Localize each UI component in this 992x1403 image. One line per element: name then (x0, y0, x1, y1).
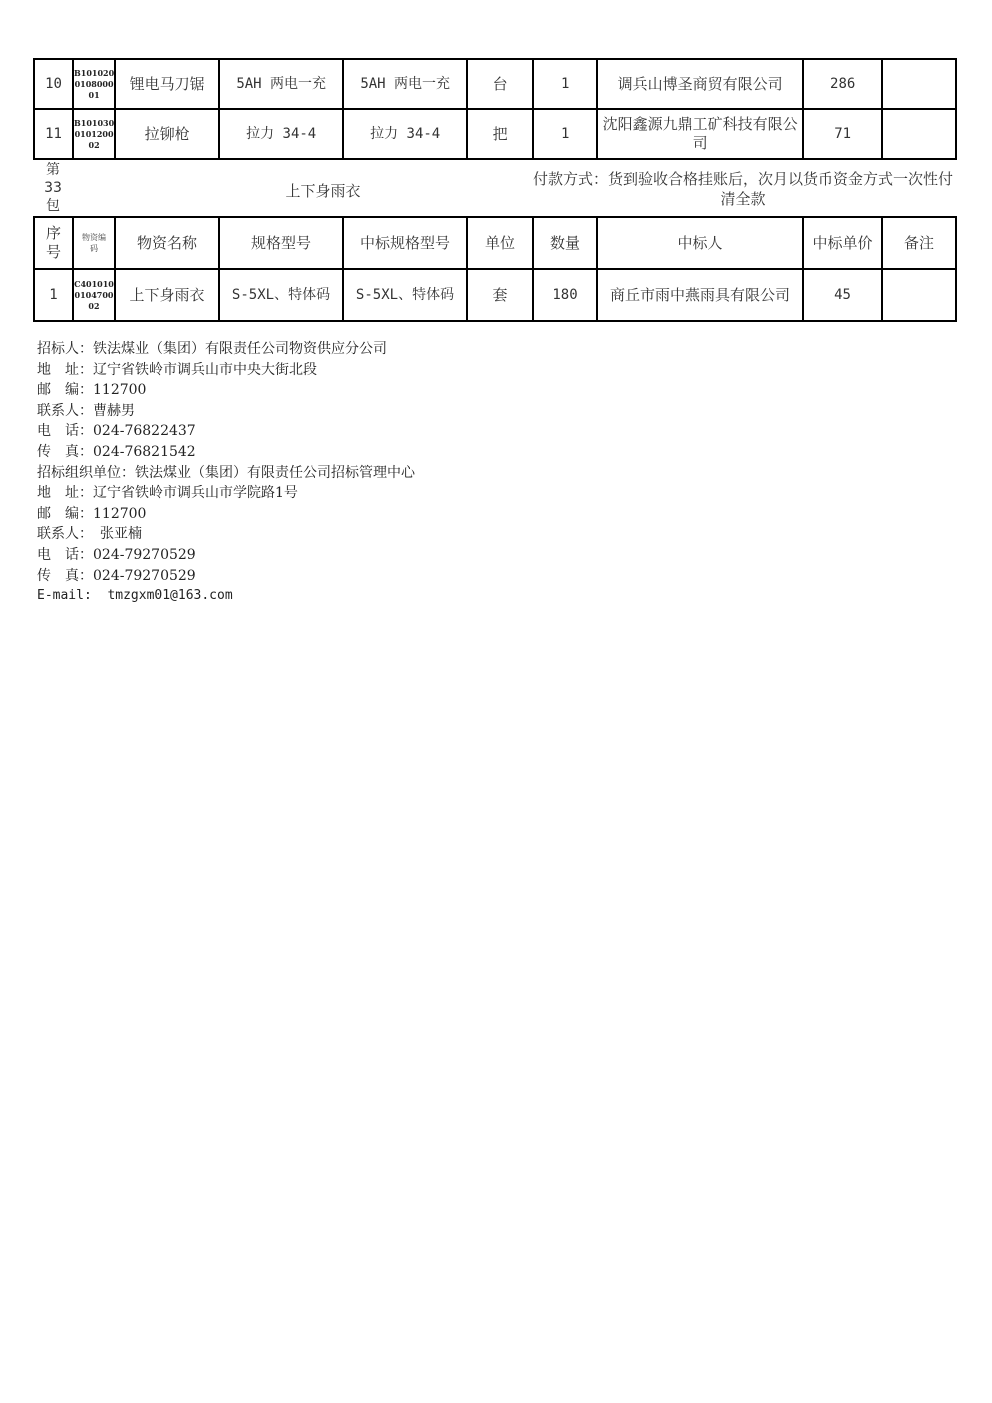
cell-winner: 商丘市雨中燕雨具有限公司 (597, 269, 803, 321)
award-table-previous-package: 10 B101020010800001 锂电马刀锯 5AH 两电一充 5AH 两… (33, 58, 957, 160)
table-row: 1 C401010010470002 上下身雨衣 S-5XL、特体码 S-5XL… (34, 269, 956, 321)
cell-seq: 10 (34, 59, 73, 109)
cell-material-name: 上下身雨衣 (115, 269, 219, 321)
cell-unit: 台 (467, 59, 533, 109)
agency-email: E-mail: tmzgxm01@163.com (37, 586, 415, 607)
payment-terms: 付款方式：货到验收合格挂账后，次月以货币资金方式一次性付清全款 (530, 169, 956, 209)
header-material-name: 物资名称 (115, 217, 219, 269)
cell-price: 286 (803, 59, 882, 109)
award-table-package-33: 序号 物资编码 物资名称 规格型号 中标规格型号 单位 数量 中标人 中标单价 … (33, 216, 957, 322)
package-number-label: 第 33 包 (38, 161, 68, 215)
cell-spec: S-5XL、特体码 (219, 269, 343, 321)
header-unit: 单位 (467, 217, 533, 269)
cell-bid-spec: S-5XL、特体码 (343, 269, 467, 321)
contact-info: 招标人：铁法煤业（集团）有限责任公司物资供应分公司 地 址：辽宁省铁岭市调兵山市… (37, 339, 415, 607)
tenderer-line: 招标人：铁法煤业（集团）有限责任公司物资供应分公司 (37, 339, 415, 360)
package-title: 上下身雨衣 (218, 180, 428, 201)
cell-unit: 套 (467, 269, 533, 321)
header-price: 中标单价 (803, 217, 882, 269)
header-spec: 规格型号 (219, 217, 343, 269)
cell-note (882, 109, 956, 159)
header-bid-spec: 中标规格型号 (343, 217, 467, 269)
cell-material-name: 锂电马刀锯 (115, 59, 219, 109)
cell-winner: 调兵山博圣商贸有限公司 (597, 59, 803, 109)
cell-price: 45 (803, 269, 882, 321)
header-material-code: 物资编码 (73, 217, 115, 269)
cell-bid-spec: 拉力 34-4 (343, 109, 467, 159)
table-header-row: 序号 物资编码 物资名称 规格型号 中标规格型号 单位 数量 中标人 中标单价 … (34, 217, 956, 269)
tenderer-contact-person: 联系人：曹赫男 (37, 401, 415, 422)
cell-price: 71 (803, 109, 882, 159)
cell-seq: 1 (34, 269, 73, 321)
cell-spec: 5AH 两电一充 (219, 59, 343, 109)
tenderer-address: 地 址：辽宁省铁岭市调兵山市中央大街北段 (37, 360, 415, 381)
table-row: 11 B101030010120002 拉铆枪 拉力 34-4 拉力 34-4 … (34, 109, 956, 159)
cell-note (882, 59, 956, 109)
tenderer-postcode: 邮 编：112700 (37, 380, 415, 401)
cell-material-name: 拉铆枪 (115, 109, 219, 159)
cell-qty: 1 (533, 109, 597, 159)
header-qty: 数量 (533, 217, 597, 269)
agency-postcode: 邮 编：112700 (37, 504, 415, 525)
header-seq: 序号 (34, 217, 73, 269)
cell-seq: 11 (34, 109, 73, 159)
cell-winner: 沈阳鑫源九鼎工矿科技有限公司 (597, 109, 803, 159)
cell-material-code: B101030010120002 (73, 109, 115, 159)
cell-bid-spec: 5AH 两电一充 (343, 59, 467, 109)
cell-qty: 180 (533, 269, 597, 321)
cell-material-code: B101020010800001 (73, 59, 115, 109)
header-winner: 中标人 (597, 217, 803, 269)
agency-phone: 电 话：024-79270529 (37, 545, 415, 566)
cell-unit: 把 (467, 109, 533, 159)
cell-note (882, 269, 956, 321)
table-row: 10 B101020010800001 锂电马刀锯 5AH 两电一充 5AH 两… (34, 59, 956, 109)
tenderer-fax: 传 真：024-76821542 (37, 442, 415, 463)
agency-address: 地 址：辽宁省铁岭市调兵山市学院路1号 (37, 483, 415, 504)
header-note: 备注 (882, 217, 956, 269)
cell-material-code: C401010010470002 (73, 269, 115, 321)
agency-contact-person: 联系人： 张亚楠 (37, 524, 415, 545)
cell-spec: 拉力 34-4 (219, 109, 343, 159)
agency-line: 招标组织单位：铁法煤业（集团）有限责任公司招标管理中心 (37, 463, 415, 484)
agency-fax: 传 真：024-79270529 (37, 566, 415, 587)
tenderer-phone: 电 话：024-76822437 (37, 421, 415, 442)
cell-qty: 1 (533, 59, 597, 109)
